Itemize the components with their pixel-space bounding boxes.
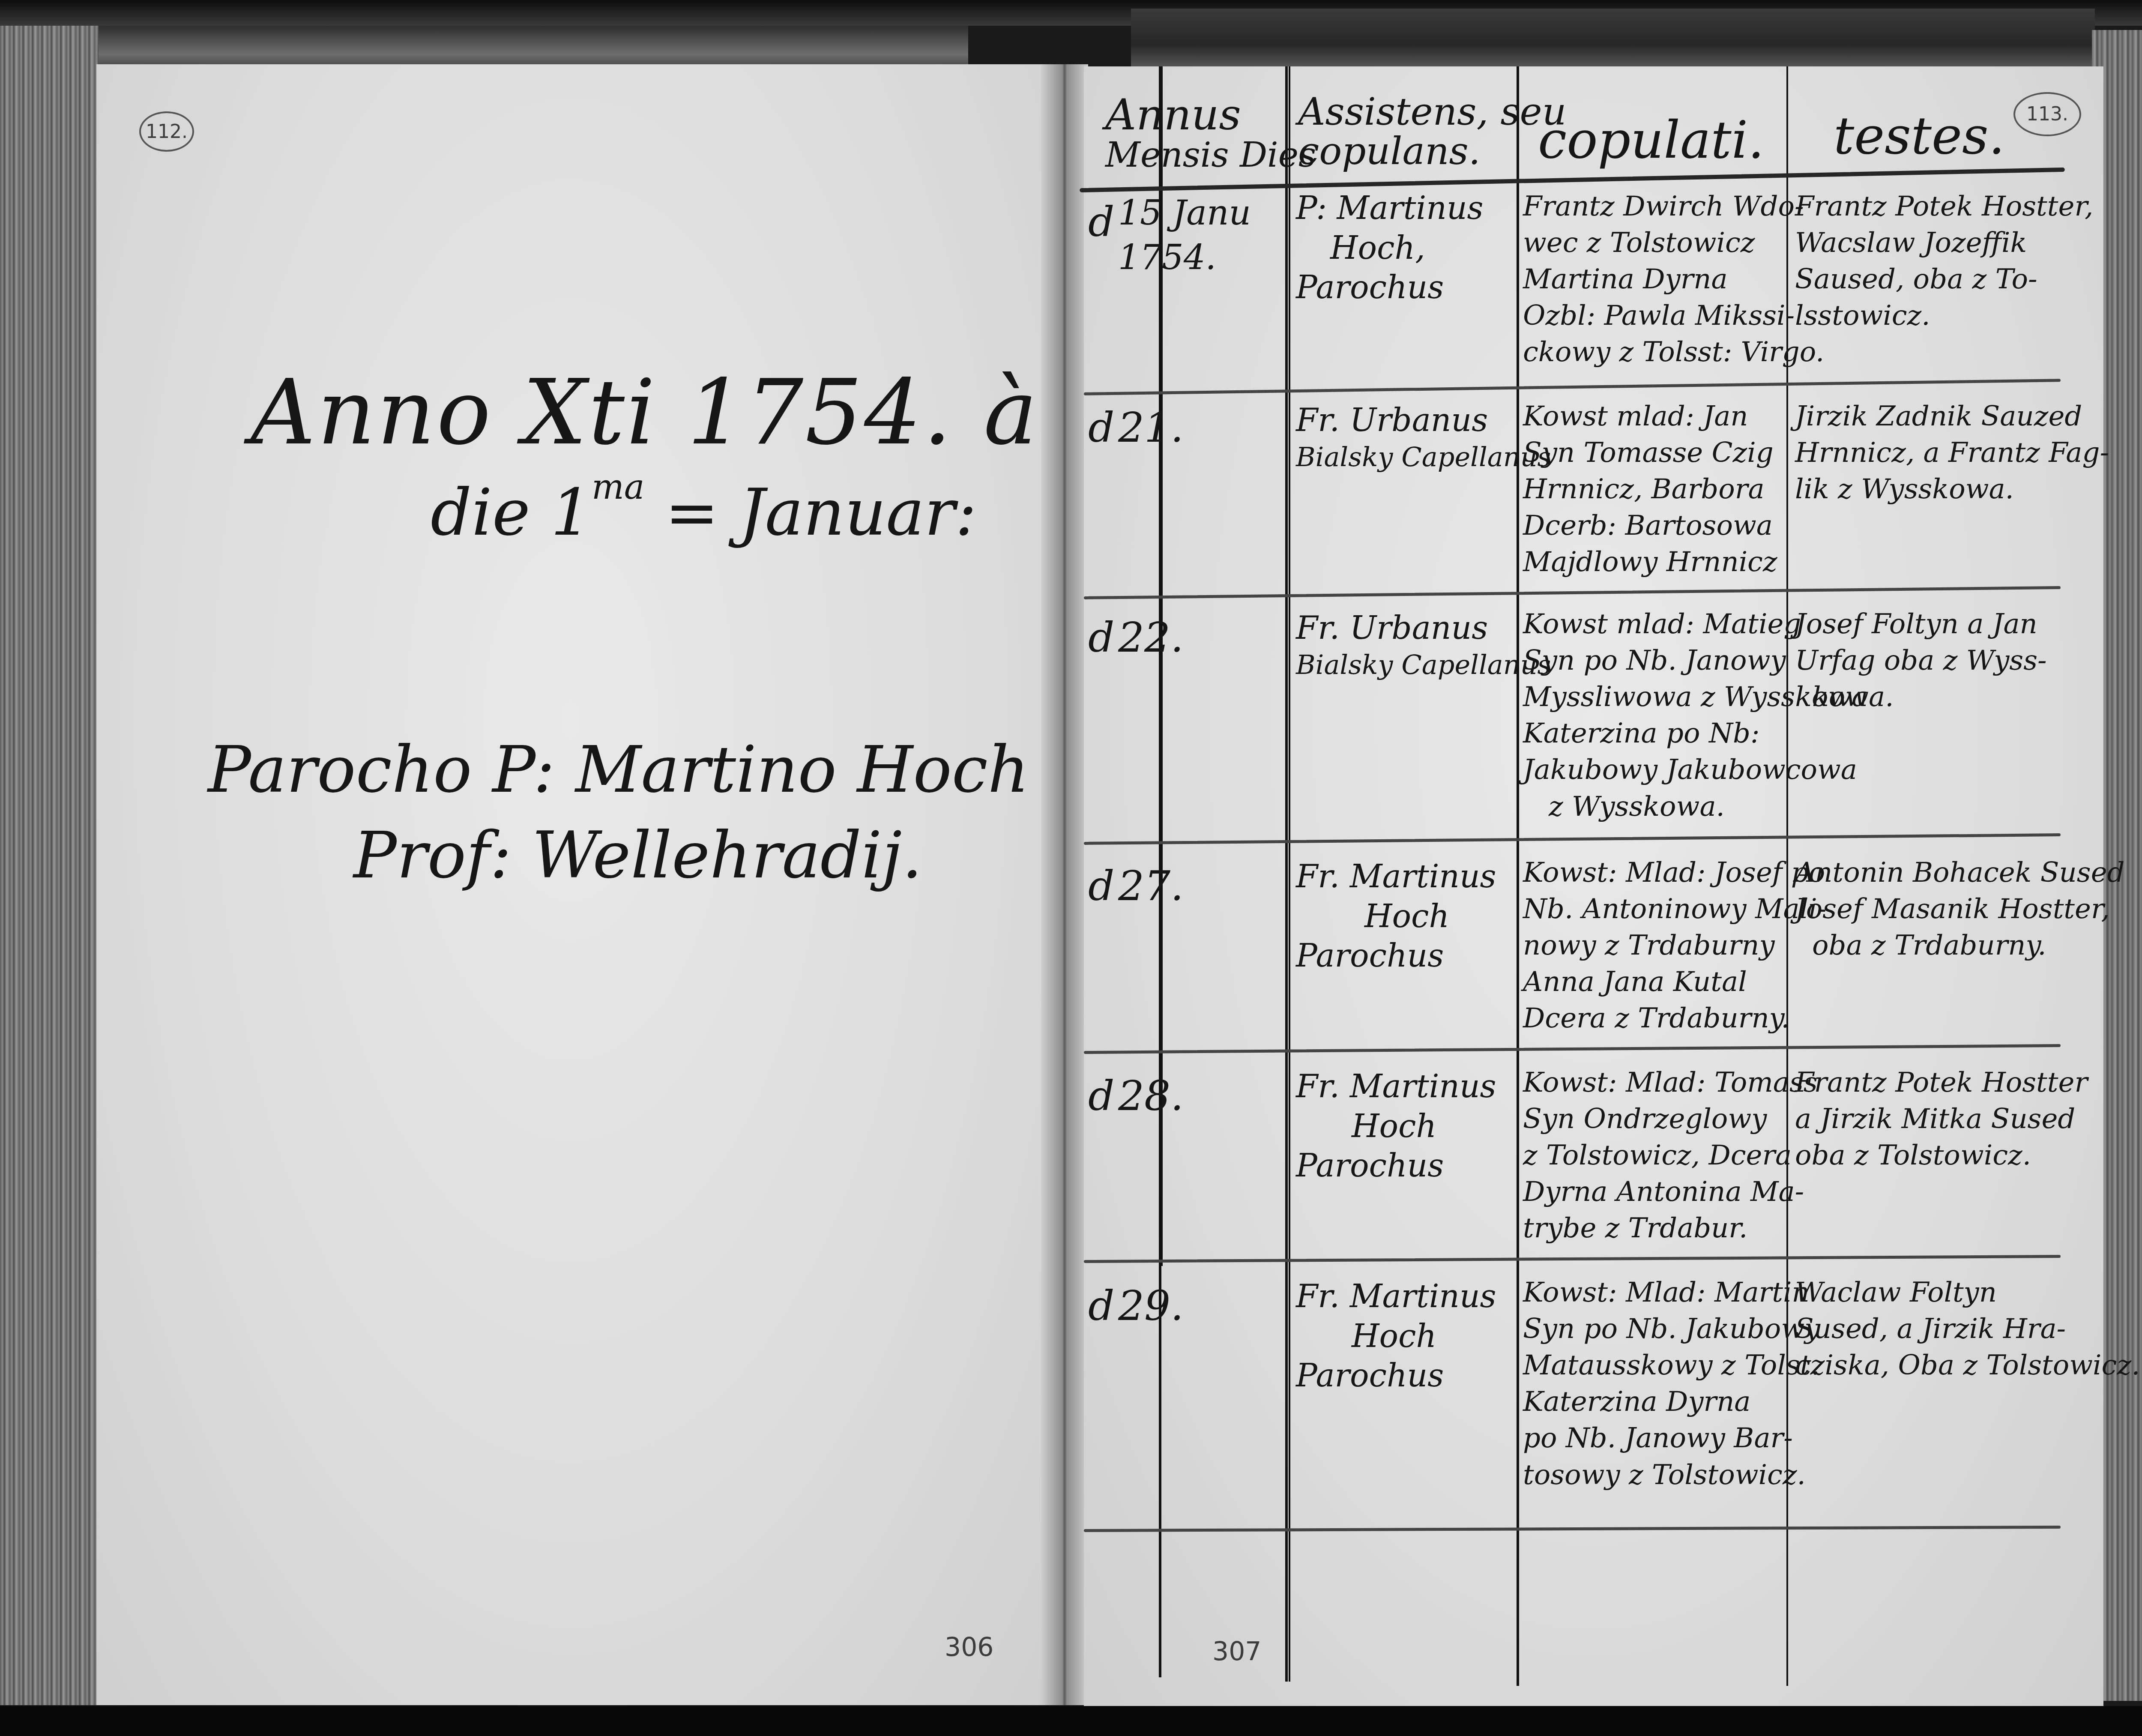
testes-line: Sused, a Jirzik Hra- [1795,1311,2140,1347]
entry-testes: Antonin Bohacek Sused Josef Masanik Host… [1795,855,2124,964]
column-header-date-line1: Annus [1105,92,1316,137]
entry-date: 15 Janu 1754. [1118,191,1251,280]
left-stacked-page-edges [0,26,99,1705]
testes-line: lsstowicz. [1795,298,2093,334]
testes-line: Hrnnicz, a Frantz Fag- [1795,435,2109,471]
row-rule-6 [1084,1526,2061,1532]
entry-date: 21. [1118,401,1184,455]
entry-mark: d [1088,611,1114,665]
copulati-line: Martina Dyrna [1523,261,1824,298]
entry-assistens: Fr. Martinus Hoch Parochus [1296,1067,1496,1186]
assistens-line: Bialsky Capellanus [1296,648,1551,682]
copulati-line: Ozbl: Pawla Mikssi- [1523,298,1824,334]
column-header-assistens: Assistens, seu copulans. [1298,92,1566,171]
assistens-line: Hoch, [1296,228,1484,268]
copulati-line: Syn po Nb. Jakubowy [1523,1311,1820,1347]
testes-line: Waclaw Foltyn [1795,1275,2140,1311]
assistens-line: Fr. Martinus [1296,1277,1496,1317]
pencil-page-number-right: 307 [1212,1637,1262,1667]
assistens-line: Parochus [1296,1356,1496,1396]
column-header-assistens-line1: Assistens, seu [1298,92,1566,132]
testes-line: Frantz Potek Hostter, [1795,189,2093,225]
entry-date-line: 1754. [1118,235,1251,280]
folio-number-text: 113. [2026,103,2068,125]
copulati-line: trybe z Trdabur. [1523,1210,1818,1247]
testes-line: lik z Wysskowa. [1795,471,2109,508]
entry-date-line: 15 Janu [1118,191,1251,235]
column-header-assistens-line2: copulans. [1298,132,1566,171]
column-rule-3 [1517,66,1519,1686]
entry-assistens: Fr. Martinus Hoch Parochus [1296,857,1496,976]
copulati-line: Frantz Dwirch Wdo- [1523,189,1824,225]
assistens-line: Hoch [1296,1107,1496,1146]
entry-date: 28. [1118,1069,1184,1124]
entry-copulati: Frantz Dwirch Wdo- wec z Tolstowicz Mart… [1523,189,1824,371]
row-rule-2 [1084,586,2061,599]
left-page: 112. Anno Xti 1754. à die 1ma = Januar: … [96,64,1045,1705]
column-header-copulati: copulati. [1538,114,1764,168]
testes-line: Wacslaw Jozeffik [1795,225,2093,261]
testes-line: Antonin Bohacek Sused [1795,855,2124,891]
copulati-line: po Nb. Janowy Bar- [1523,1420,1820,1457]
date-heading-month: = Januar: [665,476,977,550]
entry-copulati: Kowst: Mlad: Tomass Syn Ondrzeglowy z To… [1523,1065,1818,1247]
date-heading-die: die [431,476,530,550]
copulati-line: Syn Tomasse Czig [1523,435,1777,471]
entry-mark: d [1088,1279,1114,1334]
left-page-top-shadow [0,26,968,66]
date-heading-ordinal: ma [592,467,645,507]
assistens-line: Parochus [1296,1146,1496,1186]
entry-testes: Josef Foltyn a Jan Urfag oba z Wyss- kow… [1795,606,2047,715]
testes-line: kowa. [1795,679,2047,715]
cover-bottom-edge [0,1706,2142,1736]
copulati-line: wec z Tolstowicz [1523,225,1824,261]
column-header-testes: testes. [1834,109,2005,163]
copulati-line: ckowy z Tolsst: Virgo. [1523,334,1824,371]
copulati-line: Kowst: Mlad: Martin [1523,1275,1820,1311]
testes-line: Josef Foltyn a Jan [1795,606,2047,643]
entry-date: 29. [1118,1279,1184,1334]
testes-line: cziska, Oba z Tolstowicz. [1795,1347,2140,1384]
pastor-line-2: Prof: Wellehradij. [353,818,922,893]
testes-line: Saused, oba z To- [1795,261,2093,298]
date-heading: die 1ma = Januar: [431,476,977,550]
copulati-line: nowy z Trdaburny [1523,928,1826,964]
entry-assistens: Fr. Martinus Hoch Parochus [1296,1277,1496,1396]
entry-assistens: P: Martinus Hoch, Parochus [1296,189,1484,308]
entry-assistens: Fr. Urbanus Bialsky Capellanus [1296,608,1551,681]
entry-copulati: Kowst: Mlad: Josef po Nb. Antoninowy Mal… [1523,855,1826,1037]
testes-line: Jirzik Zadnik Sauzed [1795,398,2109,435]
entry-testes: Frantz Potek Hostter, Wacslaw Jozeffik S… [1795,189,2093,334]
entry-copulati: Kowst mlad: Jan Syn Tomasse Czig Hrnnicz… [1523,398,1777,581]
folio-number-text: 112. [146,121,188,143]
row-rule-4 [1084,1044,2061,1054]
assistens-line: Fr. Urbanus [1296,401,1551,440]
column-header-date-line2: Mensis Dies [1105,137,1316,173]
date-heading-day: 1 [550,476,591,550]
entry-testes: Frantz Potek Hostter a Jirzik Mitka Suse… [1795,1065,2088,1174]
entry-assistens: Fr. Urbanus Bialsky Capellanus [1296,401,1551,473]
assistens-line: Fr. Martinus [1296,1067,1496,1107]
entry-testes: Waclaw Foltyn Sused, a Jirzik Hra- czisk… [1795,1275,2140,1384]
entry-date: 27. [1118,859,1184,914]
assistens-line: Parochus [1296,268,1484,308]
assistens-line: Fr. Urbanus [1296,608,1551,648]
entry-mark: d [1088,195,1114,250]
copulati-line: tosowy z Tolstowicz. [1523,1457,1820,1494]
folio-number-right: 113. [2013,92,2081,136]
assistens-line: Fr. Martinus [1296,857,1496,897]
pencil-page-number-left: 306 [945,1632,994,1662]
testes-line: Urfag oba z Wyss- [1795,643,2047,679]
right-page: 113. Annus Mensis Dies Assistens, seu co… [1084,66,2103,1707]
copulati-line: z Tolstowicz, Dcera [1523,1137,1818,1174]
copulati-line: Kowst mlad: Jan [1523,398,1777,435]
testes-line: Frantz Potek Hostter [1795,1065,2088,1101]
copulati-line: Matausskowy z Tolst. [1523,1347,1820,1384]
copulati-line: Dcera z Trdaburny. [1523,1000,1826,1037]
row-rule-3 [1084,833,2061,845]
copulati-line: Katerzina po Nb: [1523,715,1868,752]
copulati-line: Hrnnicz, Barbora [1523,471,1777,508]
entry-testes: Jirzik Zadnik Sauzed Hrnnicz, a Frantz F… [1795,398,2109,508]
right-page-top-shadow [1131,9,2095,69]
copulati-line: Jakubowy Jakubowcowa [1523,752,1868,788]
entry-copulati: Kowst: Mlad: Martin Syn po Nb. Jakubowy … [1523,1275,1820,1494]
row-rule-1 [1084,379,2061,395]
copulati-line: Kowst: Mlad: Josef po [1523,855,1826,891]
copulati-line: Kowst: Mlad: Tomass [1523,1065,1818,1101]
assistens-line: Hoch [1296,1317,1496,1356]
column-rule-2 [1285,66,1288,1682]
column-rule-2b [1289,66,1290,1682]
row-rule-5 [1084,1255,2061,1263]
testes-line: oba z Trdaburny. [1795,928,2124,964]
folio-number-left: 112. [139,111,194,152]
testes-line: a Jirzik Mitka Sused [1795,1101,2088,1137]
year-heading: Anno Xti 1754. à [251,360,1039,465]
copulati-line: z Wysskowa. [1523,789,1868,825]
copulati-line: Syn Ondrzeglowy [1523,1101,1818,1137]
column-header-date: Annus Mensis Dies [1105,92,1316,173]
entry-mark: d [1088,401,1114,455]
copulati-line: Dyrna Antonina Ma- [1523,1174,1818,1210]
assistens-line: Bialsky Capellanus [1296,440,1551,474]
entry-mark: d [1088,1069,1114,1124]
entry-date: 22. [1118,611,1184,665]
copulati-line: Dcerb: Bartosowa [1523,508,1777,544]
assistens-line: Hoch [1296,897,1496,937]
copulati-line: Katerzina Dyrna [1523,1384,1820,1420]
book-spread: 112. Anno Xti 1754. à die 1ma = Januar: … [0,0,2142,1736]
copulati-line: Anna Jana Kutal [1523,964,1826,1000]
book-gutter [1041,64,1088,1705]
copulati-line: Nb. Antoninowy Mali- [1523,891,1826,928]
copulati-line: Majdlowy Hrnnicz [1523,544,1777,581]
assistens-line: Parochus [1296,936,1496,976]
entry-mark: d [1088,859,1114,914]
assistens-line: P: Martinus [1296,189,1484,228]
testes-line: Josef Masanik Hostter, [1795,891,2124,928]
testes-line: oba z Tolstowicz. [1795,1137,2088,1174]
